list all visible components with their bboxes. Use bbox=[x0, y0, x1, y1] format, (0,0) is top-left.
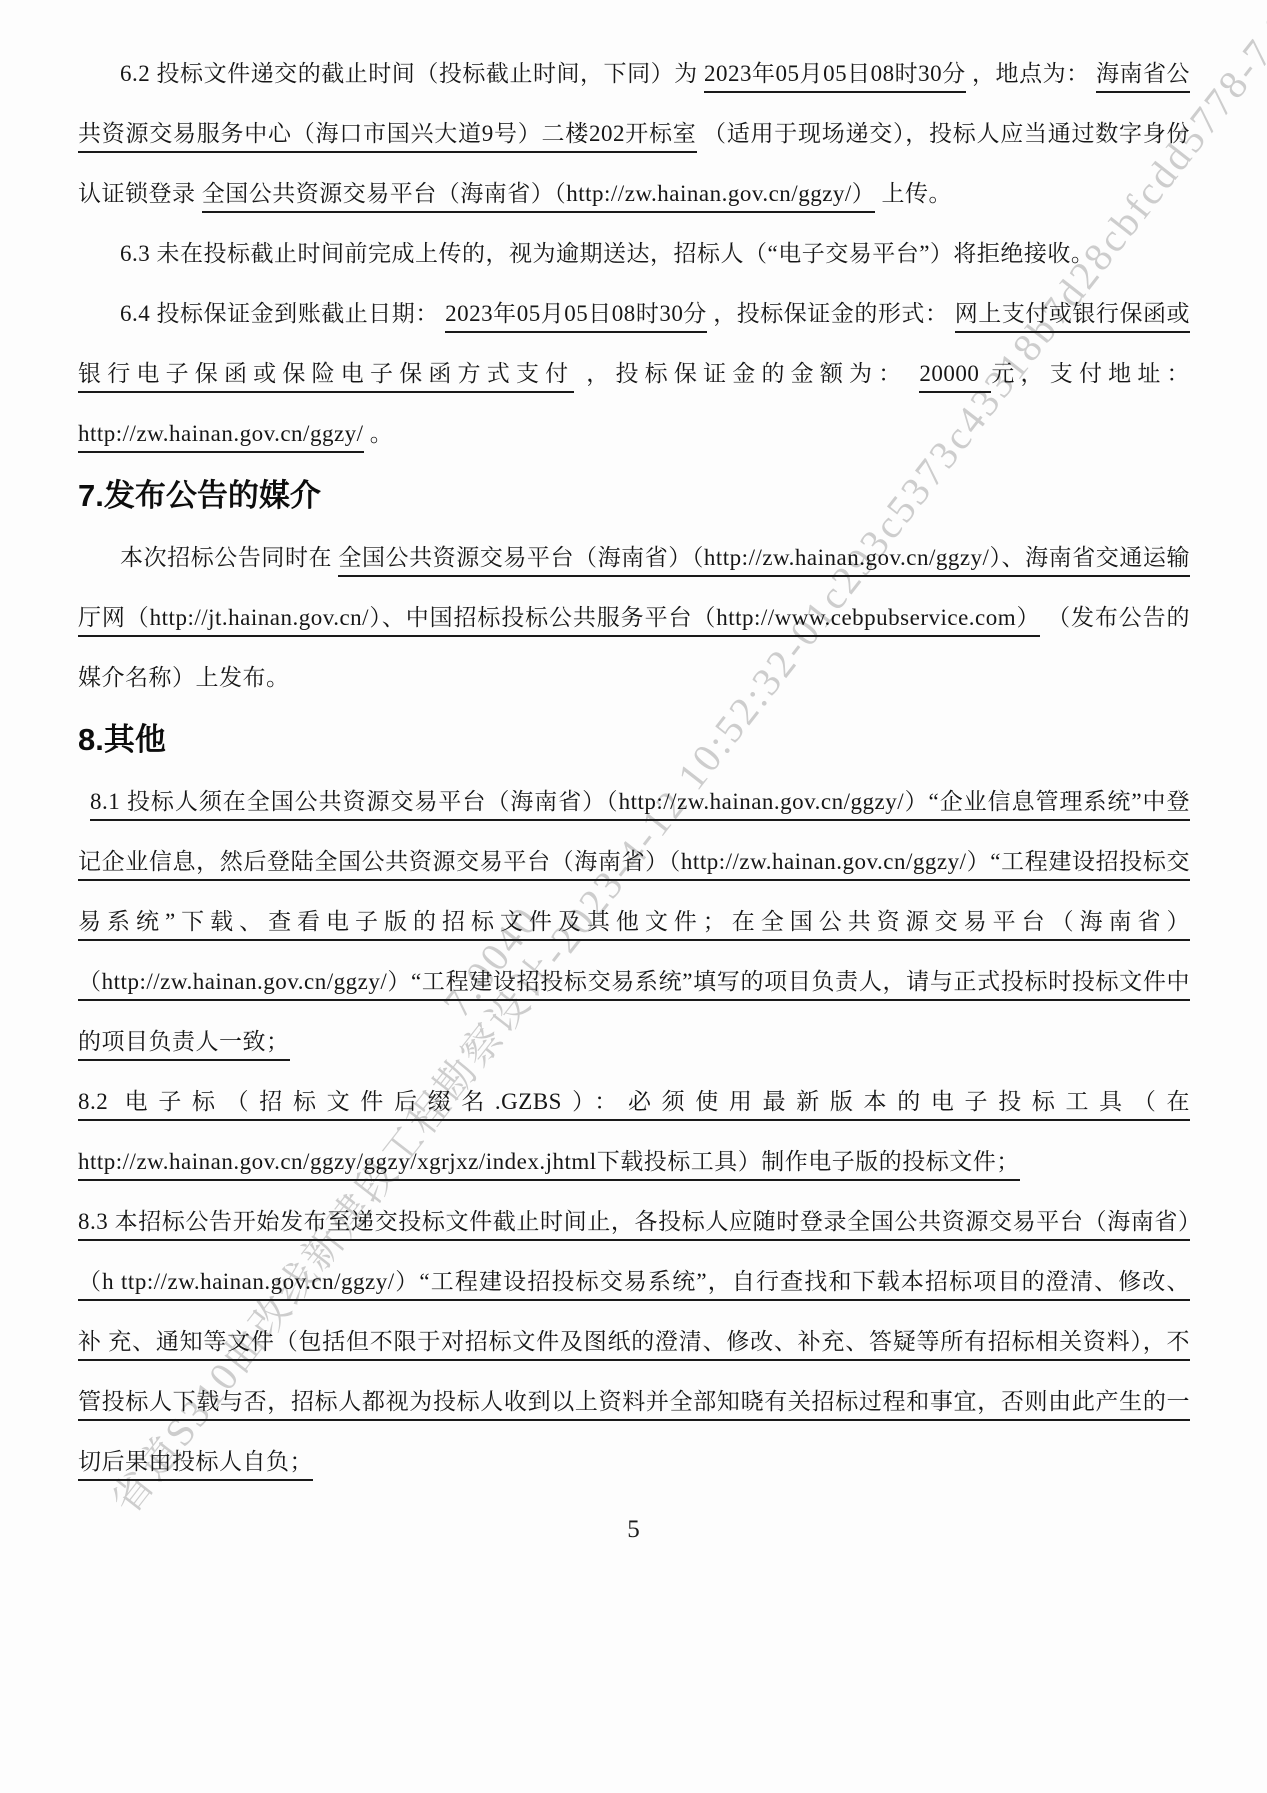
underlined-text: 8.1 投标人须在全国公共资源交易平台（海南省）（http://zw.haina… bbox=[78, 789, 1190, 1061]
plain-text: 8.其他 bbox=[78, 722, 166, 757]
underlined-text: 全国公共资源交易平台（海南省）（http://zw.hainan.gov.cn/… bbox=[202, 181, 876, 213]
para-6-4: 6.4 投标保证金到账截止日期： 2023年05月05日08时30分 ，投标保证… bbox=[78, 284, 1190, 464]
underlined-text: http://zw.hainan.gov.cn/ggzy/ bbox=[78, 421, 364, 453]
document-body: 6.2 投标文件递交的截止时间（投标截止时间，下同）为 2023年05月05日0… bbox=[78, 44, 1190, 1492]
plain-text: 6.2 投标文件递交的截止时间（投标截止时间，下同）为 bbox=[120, 61, 704, 86]
para-6-2: 6.2 投标文件递交的截止时间（投标截止时间，下同）为 2023年05月05日0… bbox=[78, 44, 1190, 224]
plain-text: 7.发布公告的媒介 bbox=[78, 478, 321, 513]
plain-text: 本次招标公告同时在 bbox=[120, 545, 338, 570]
underlined-text: 8.2 电子标（招标文件后缀名.GZBS）：必须使用最新版本的电子投标工具（在h… bbox=[78, 1089, 1190, 1181]
page-number: 5 bbox=[0, 1516, 1267, 1544]
underlined-text: 2023年05月05日08时30分 bbox=[445, 301, 707, 333]
heading-8: 8.其他 bbox=[78, 708, 1190, 772]
plain-text: 上传。 bbox=[875, 181, 952, 206]
plain-text: 元，支付地址： bbox=[991, 361, 1190, 386]
para-8-3: 8.3 本招标公告开始发布至递交投标文件截止时间止，各投标人应随时登录全国公共资… bbox=[78, 1192, 1190, 1492]
document-page: 省道S310曲改线新建段工程勘察设计-2023-4-12 10:52:32-01… bbox=[0, 0, 1267, 1793]
plain-text: ，投标保证金的金额为： bbox=[574, 361, 919, 386]
para-8-1: 8.1 投标人须在全国公共资源交易平台（海南省）（http://zw.haina… bbox=[78, 772, 1190, 1072]
plain-text: ，投标保证金的形式： bbox=[707, 301, 955, 326]
heading-7: 7.发布公告的媒介 bbox=[78, 464, 1190, 528]
underlined-text: 8.3 本招标公告开始发布至递交投标文件截止时间止，各投标人应随时登录全国公共资… bbox=[78, 1209, 1190, 1481]
para-6-3: 6.3 未在投标截止时间前完成上传的，视为逾期送达，招标人（“电子交易平台”）将… bbox=[78, 224, 1190, 284]
underlined-text: 2023年05月05日08时30分 bbox=[704, 61, 966, 93]
plain-text: 6.4 投标保证金到账截止日期： bbox=[120, 301, 445, 326]
plain-text: 6.3 未在投标截止时间前完成上传的，视为逾期送达，招标人（“电子交易平台”）将… bbox=[120, 241, 1094, 266]
para-8-2: 8.2 电子标（招标文件后缀名.GZBS）：必须使用最新版本的电子投标工具（在h… bbox=[78, 1072, 1190, 1192]
underlined-text: 20000 bbox=[919, 361, 991, 393]
para-7-body: 本次招标公告同时在 全国公共资源交易平台（海南省）（http://zw.hain… bbox=[78, 528, 1190, 708]
plain-text: 。 bbox=[364, 421, 394, 446]
plain-text: ，地点为： bbox=[966, 61, 1096, 86]
